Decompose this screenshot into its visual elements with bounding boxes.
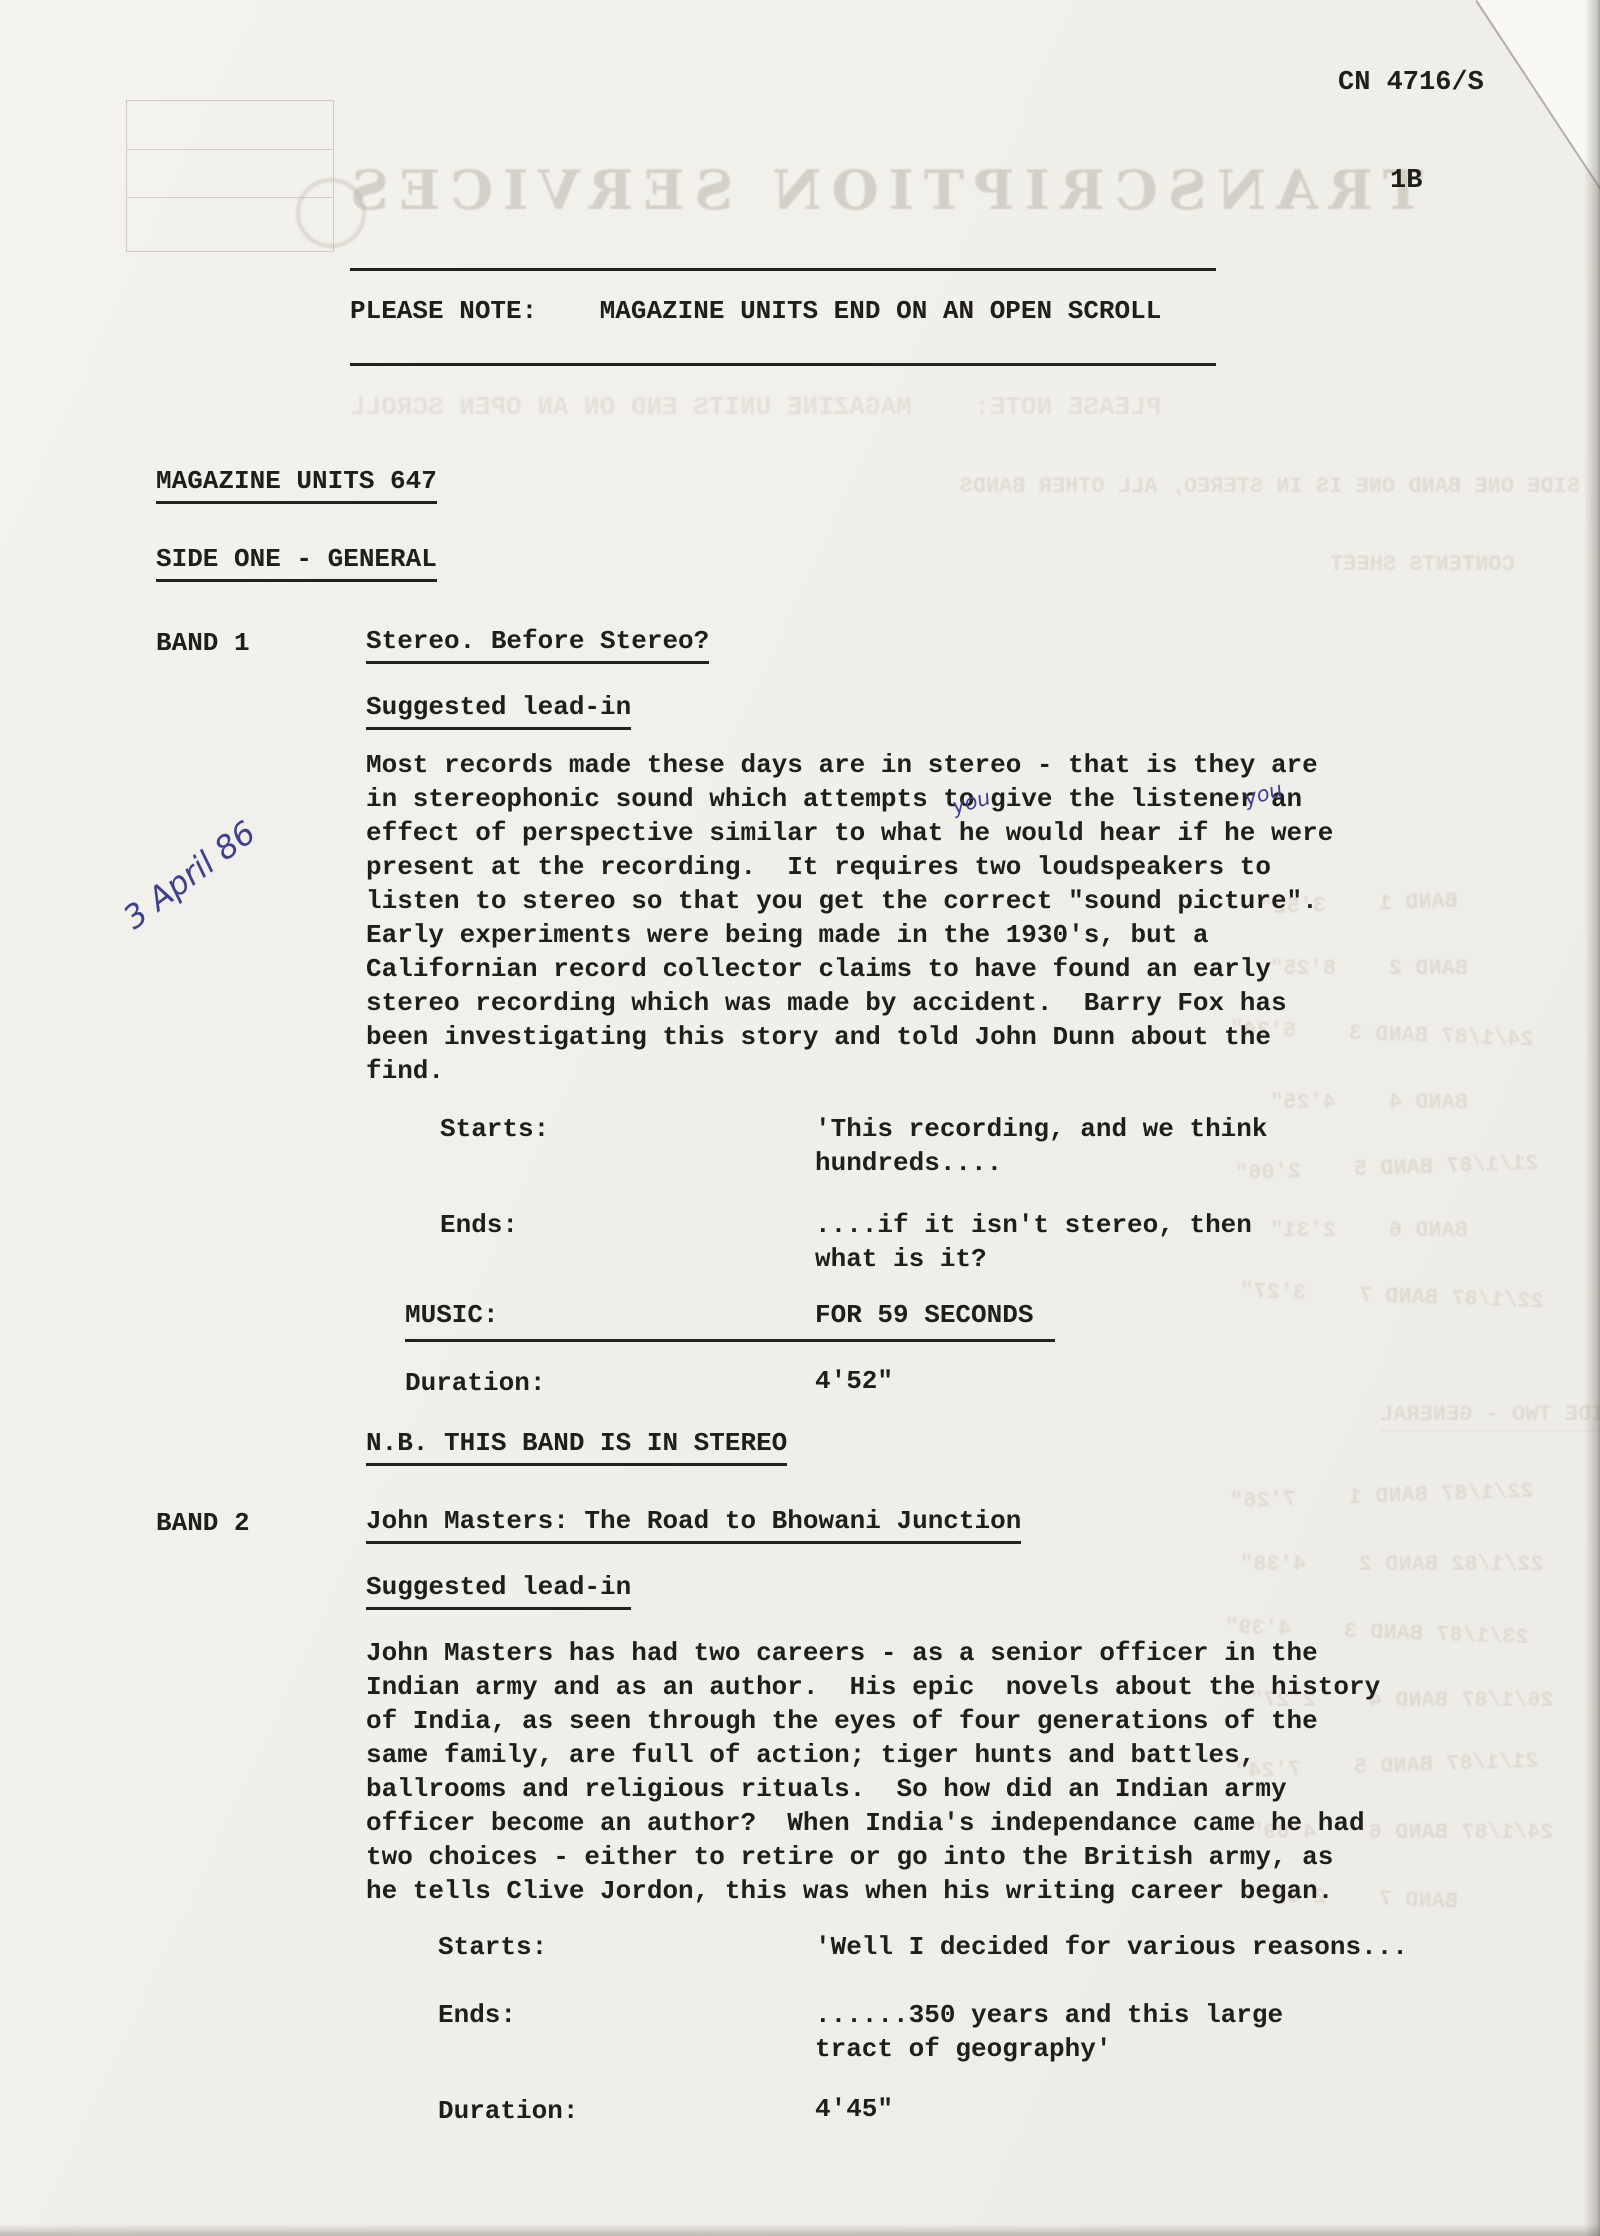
handwritten-date-note: 3 April 86 xyxy=(116,813,262,936)
paragraph-line: same family, are full of action; tiger h… xyxy=(366,1738,1380,1772)
paragraph-line: officer become an author? When India's i… xyxy=(366,1806,1380,1840)
side-heading-wrap: SIDE ONE - GENERAL xyxy=(156,544,437,582)
band1-music-label: MUSIC: xyxy=(405,1300,499,1330)
paragraph-line: Californian record collector claims to h… xyxy=(366,952,1333,986)
notice-text: PLEASE NOTE: MAGAZINE UNITS END ON AN OP… xyxy=(350,296,1161,326)
ghost-band-row: 22/1/87 BAND 7 3'27" xyxy=(1240,1279,1544,1315)
paragraph-line: Most records made these days are in ster… xyxy=(366,748,1333,782)
band2-duration-value: 4'45" xyxy=(815,2094,893,2124)
paragraph-line: present at the recording. It requires tw… xyxy=(366,850,1333,884)
ghost-side-two-heading: SIDE TWO - GENERAL xyxy=(1380,1402,1600,1432)
paragraph-line: John Masters has had two careers - as a … xyxy=(366,1636,1380,1670)
paragraph-line: two choices - either to retire or go int… xyxy=(366,1840,1380,1874)
paragraph-line: effect of perspective similar to what he… xyxy=(366,816,1333,850)
band2-ends-label: Ends: xyxy=(438,2000,516,2030)
band1-title-wrap: Stereo. Before Stereo? xyxy=(366,626,709,664)
ghost-notice-text: PLEASE NOTE: MAGAZINE UNITS END ON AN OP… xyxy=(350,392,1161,422)
band1-ends-label: Ends: xyxy=(440,1210,518,1240)
paragraph-line: find. xyxy=(366,1054,1333,1088)
ghost-band-row: BAND 4 4'25" xyxy=(1270,1090,1468,1115)
paragraph-line: Indian army and as an author. His epic n… xyxy=(366,1670,1380,1704)
band1-starts-label: Starts: xyxy=(440,1114,549,1144)
scan-edge-right xyxy=(1584,0,1600,2236)
paragraph-line: listen to stereo so that you get the cor… xyxy=(366,884,1333,918)
ghost-header-right: SIDE ONE BAND ONE IS IN STEREO, ALL OTHE… xyxy=(980,474,1580,499)
cue-line: ....if it isn't stereo, then xyxy=(815,1208,1252,1242)
paragraph-line: Early experiments were being made in the… xyxy=(366,918,1333,952)
band2-leadin-paragraph: John Masters has had two careers - as a … xyxy=(366,1636,1380,1908)
band1-leadin-heading: Suggested lead-in xyxy=(366,692,631,730)
band2-leadin-heading: Suggested lead-in xyxy=(366,1572,631,1610)
ghost-band-row: 21/1/87 BAND 5 2'06" xyxy=(1235,1151,1539,1187)
band1-leadin-paragraph: Most records made these days are in ster… xyxy=(366,748,1333,1088)
band2-label: BAND 2 xyxy=(156,1508,250,1538)
paragraph-line: stereo recording which was made by accid… xyxy=(366,986,1333,1020)
cue-line: 'Well I decided for various reasons... xyxy=(815,1930,1408,1964)
paragraph-line: ballrooms and religious rituals. So how … xyxy=(366,1772,1380,1806)
band1-music-value: FOR 59 SECONDS xyxy=(815,1300,1033,1330)
scanned-script-page: TRANSCRIPTION SERVICES PLEASE NOTE: MAGA… xyxy=(0,0,1600,2236)
cue-line: ......350 years and this large xyxy=(815,1998,1283,2032)
band1-title: Stereo. Before Stereo? xyxy=(366,626,709,664)
band1-leadin-heading-wrap: Suggested lead-in xyxy=(366,692,631,730)
cue-line: tract of geography' xyxy=(815,2032,1283,2066)
ghost-band-row: BAND 6 2'31" xyxy=(1270,1218,1468,1243)
band1-starts-value: 'This recording, and we think hundreds..… xyxy=(815,1112,1267,1180)
page-number: 1B xyxy=(1390,166,1422,196)
ghost-stamp-line xyxy=(127,149,333,150)
notice-rule-bottom xyxy=(350,363,1216,366)
notice-rule-top xyxy=(350,268,1216,271)
band1-duration-label: Duration: xyxy=(405,1368,545,1398)
ghost-band-row: 22/1/82 BAND 2 4'38" xyxy=(1240,1552,1544,1577)
ghost-masthead-text: TRANSCRIPTION SERVICES xyxy=(340,158,1423,222)
cue-line: hundreds.... xyxy=(815,1146,1267,1180)
band1-ends-value: ....if it isn't stereo, then what is it? xyxy=(815,1208,1252,1276)
side-heading: SIDE ONE - GENERAL xyxy=(156,544,437,582)
band2-leadin-heading-wrap: Suggested lead-in xyxy=(366,1572,631,1610)
paragraph-line: in stereophonic sound which attempts to … xyxy=(366,782,1333,816)
band2-starts-value: 'Well I decided for various reasons... xyxy=(815,1930,1408,1964)
band1-music-row: MUSIC: FOR 59 SECONDS xyxy=(405,1300,1055,1342)
band1-duration-value: 4'52" xyxy=(815,1366,893,1396)
band2-duration-label: Duration: xyxy=(438,2096,578,2126)
document-title: MAGAZINE UNITS 647 xyxy=(156,466,437,504)
ghost-subheader-right: CONTENTS SHEET xyxy=(1330,552,1515,577)
band2-ends-value: ......350 years and this large tract of … xyxy=(815,1998,1283,2066)
cue-line: 'This recording, and we think xyxy=(815,1112,1267,1146)
band1-nb-note: N.B. THIS BAND IS IN STEREO xyxy=(366,1428,787,1466)
band1-nb-note-wrap: N.B. THIS BAND IS IN STEREO xyxy=(366,1428,787,1466)
scan-edge-bottom xyxy=(0,2224,1600,2236)
cue-line: what is it? xyxy=(815,1242,1252,1276)
ghost-band-row: 22/1/87 BAND 1 7'26" xyxy=(1230,1479,1534,1515)
paragraph-line: been investigating this story and told J… xyxy=(366,1020,1333,1054)
document-title-wrap: MAGAZINE UNITS 647 xyxy=(156,466,437,504)
band2-title-wrap: John Masters: The Road to Bhowani Juncti… xyxy=(366,1506,1021,1544)
band2-title: John Masters: The Road to Bhowani Juncti… xyxy=(366,1506,1021,1544)
paragraph-line: of India, as seen through the eyes of fo… xyxy=(366,1704,1380,1738)
reference-number: CN 4716/S xyxy=(1338,68,1484,98)
paragraph-line: he tells Clive Jordon, this was when his… xyxy=(366,1874,1380,1908)
band2-starts-label: Starts: xyxy=(438,1932,547,1962)
band1-label: BAND 1 xyxy=(156,628,250,658)
